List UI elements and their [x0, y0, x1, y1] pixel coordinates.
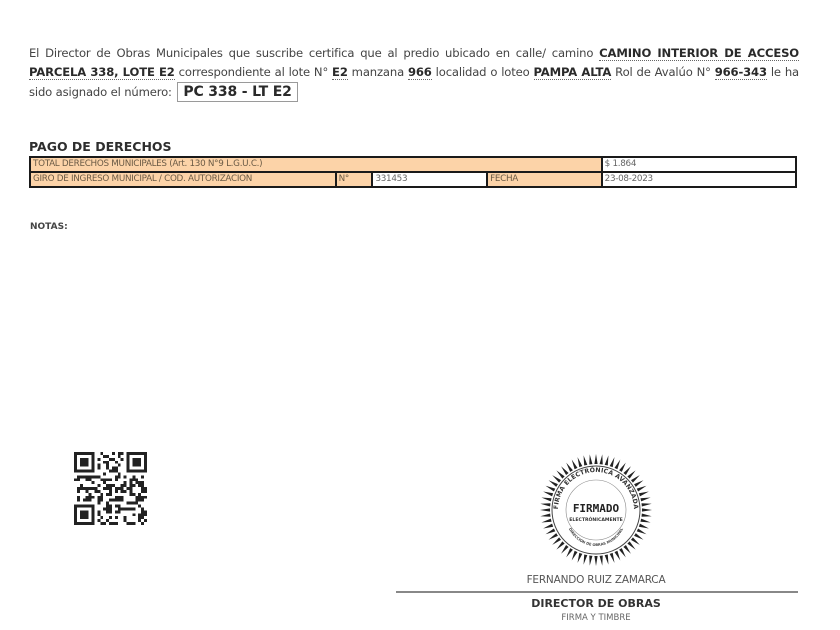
- table-row: TOTAL DERECHOS MUNICIPALES (Art. 130 N°9…: [30, 157, 796, 172]
- lote-text: correspondiente al lote N°: [175, 65, 332, 79]
- pago-section-title: PAGO DE DERECHOS: [29, 139, 172, 154]
- localidad-value: PAMPA ALTA: [534, 65, 612, 80]
- signature-line: [396, 591, 798, 593]
- localidad-text: localidad o loteo: [432, 65, 534, 79]
- signature-seal-icon: FIRMA ELECTRÓNICA AVANZADA DIRECCIÓN DE …: [536, 450, 656, 570]
- total-label-cell: TOTAL DERECHOS MUNICIPALES (Art. 130 N°9…: [30, 157, 602, 172]
- lote-value: E2: [332, 65, 348, 80]
- assigned-number-box: PC 338 - LT E2: [177, 82, 297, 102]
- svg-text:FIRMADO: FIRMADO: [573, 502, 620, 515]
- total-value-cell: $ 1.864: [602, 157, 796, 172]
- notas-label: NOTAS:: [30, 222, 68, 232]
- intro-text: El Director de Obras Municipales que sus…: [29, 46, 599, 60]
- rol-text: Rol de Avalúo N°: [611, 65, 714, 79]
- giro-label-cell: GIRO DE INGRESO MUNICIPAL / COD. AUTORIZ…: [30, 172, 336, 187]
- signer-title: DIRECTOR DE OBRAS: [396, 597, 796, 610]
- qr-code-icon: [74, 452, 147, 525]
- table-row: GIRO DE INGRESO MUNICIPAL / COD. AUTORIZ…: [30, 172, 796, 187]
- num-value-cell: 331453: [372, 172, 487, 187]
- signer-subtitle: FIRMA Y TIMBRE: [396, 613, 796, 623]
- signer-name: FERNANDO RUIZ ZAMARCA: [396, 574, 796, 586]
- manzana-value: 966: [408, 65, 432, 80]
- num-label-cell: N°: [336, 172, 373, 187]
- manzana-text: manzana: [348, 65, 408, 79]
- pago-table: TOTAL DERECHOS MUNICIPALES (Art. 130 N°9…: [29, 156, 797, 188]
- fecha-label-cell: FECHA: [487, 172, 602, 187]
- certificate-paragraph: El Director de Obras Municipales que sus…: [29, 44, 799, 102]
- svg-text:ELECTRÓNICAMENTE: ELECTRÓNICAMENTE: [569, 516, 622, 523]
- rol-value: 966-343: [715, 65, 767, 80]
- fecha-value-cell: 23-08-2023: [602, 172, 796, 187]
